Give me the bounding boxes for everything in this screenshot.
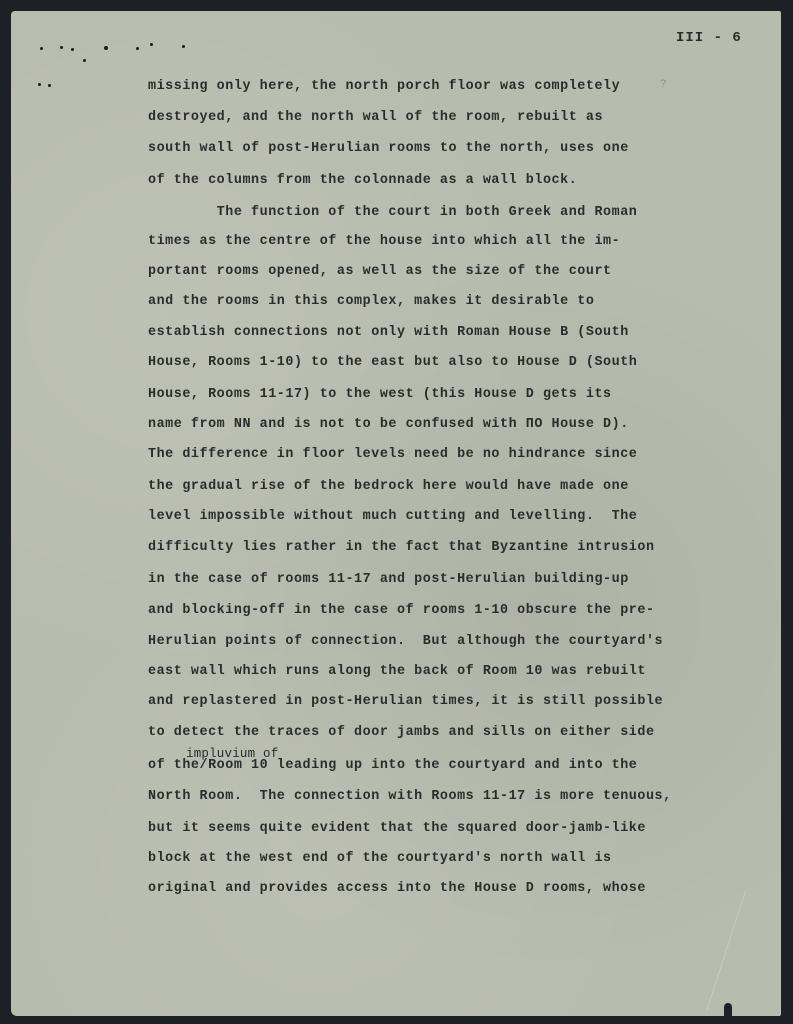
text-line: and the rooms in this complex, makes it … xyxy=(148,293,594,311)
text-line: level impossible without much cutting an… xyxy=(148,508,637,526)
punch-hole-mark xyxy=(48,84,51,87)
text-line: North Room. The connection with Rooms 11… xyxy=(148,788,672,806)
text-line: and blocking-off in the case of rooms 1-… xyxy=(148,602,655,620)
text-line: and replastered in post-Herulian times, … xyxy=(148,693,663,711)
text-line: original and provides access into the Ho… xyxy=(148,880,646,898)
punch-hole-mark xyxy=(60,46,63,49)
text-line: east wall which runs along the back of R… xyxy=(148,663,646,681)
text-line: of the/Room 10 leading up into the court… xyxy=(148,757,637,775)
text-line: south wall of post-Herulian rooms to the… xyxy=(148,140,629,158)
text-line: the gradual rise of the bedrock here wou… xyxy=(148,478,629,496)
text-line: Herulian points of connection. But altho… xyxy=(148,633,663,651)
punch-hole-mark xyxy=(182,45,185,48)
page-number: III - 6 xyxy=(676,30,742,46)
text-line: of the columns from the colonnade as a w… xyxy=(148,172,577,190)
margin-question-mark: ? xyxy=(660,78,666,90)
paper-crease xyxy=(706,891,746,1010)
text-line: missing only here, the north porch floor… xyxy=(148,78,620,96)
text-line: House, Rooms 1-10) to the east but also … xyxy=(148,354,637,372)
punch-hole-mark xyxy=(38,83,41,86)
text-line: House, Rooms 11-17) to the west (this Ho… xyxy=(148,386,612,404)
punch-hole-mark xyxy=(40,47,43,50)
text-line: block at the west end of the courtyard's… xyxy=(148,850,612,868)
text-line: to detect the traces of door jambs and s… xyxy=(148,724,655,742)
punch-hole-mark xyxy=(71,48,74,51)
text-line: difficulty lies rather in the fact that … xyxy=(148,539,655,557)
text-line: portant rooms opened, as well as the siz… xyxy=(148,263,612,281)
text-line: destroyed, and the north wall of the roo… xyxy=(148,109,603,127)
punch-hole-mark xyxy=(104,46,108,50)
text-line: times as the centre of the house into wh… xyxy=(148,233,620,251)
text-line: The function of the court in both Greek … xyxy=(148,204,637,222)
punch-hole-mark xyxy=(150,43,153,46)
text-line: name from NN and is not to be confused w… xyxy=(148,416,629,434)
text-line: establish connections not only with Roma… xyxy=(148,324,629,342)
text-line: The difference in floor levels need be n… xyxy=(148,446,637,464)
paper-tear xyxy=(724,1003,732,1016)
punch-hole-mark xyxy=(136,47,139,50)
punch-hole-mark xyxy=(83,59,86,62)
text-line: in the case of rooms 11-17 and post-Heru… xyxy=(148,571,629,589)
text-line: but it seems quite evident that the squa… xyxy=(148,820,646,838)
